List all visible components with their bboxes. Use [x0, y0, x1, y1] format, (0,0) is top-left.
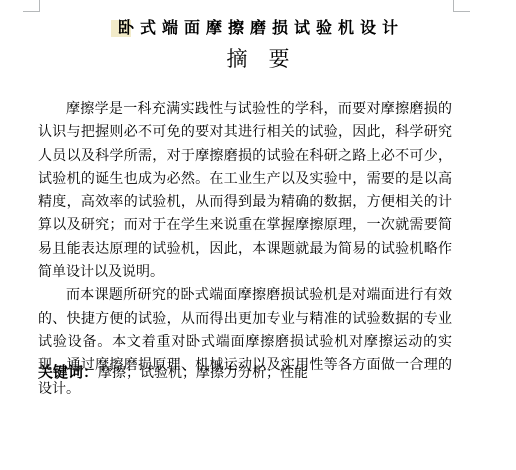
- keywords-label: 关键词：: [38, 363, 98, 381]
- keywords-text: 摩擦；试验机；摩擦力分析；性能: [98, 365, 308, 381]
- keywords-line: 关键词：摩擦；试验机；摩擦力分析；性能: [38, 362, 452, 383]
- document-page: 卧式端面摩擦磨损试验机设计 摘 要 摩擦学是一科充满实践性与试验性的学科，而要对…: [0, 0, 516, 470]
- abstract-body: 摩擦学是一科充满实践性与试验性的学科，而要对摩擦磨损的认识与把握则必不可免的要对…: [38, 98, 452, 401]
- document-title: 卧式端面摩擦磨损试验机设计: [0, 0, 516, 37]
- abstract-paragraph-2: 而本课题所研究的卧式端面摩擦磨损试验机是对端面进行有效的、快捷方便的试验，从而得…: [38, 284, 452, 400]
- abstract-heading: 摘 要: [0, 47, 516, 71]
- abstract-paragraph-1: 摩擦学是一科充满实践性与试验性的学科，而要对摩擦磨损的认识与把握则必不可免的要对…: [38, 98, 452, 284]
